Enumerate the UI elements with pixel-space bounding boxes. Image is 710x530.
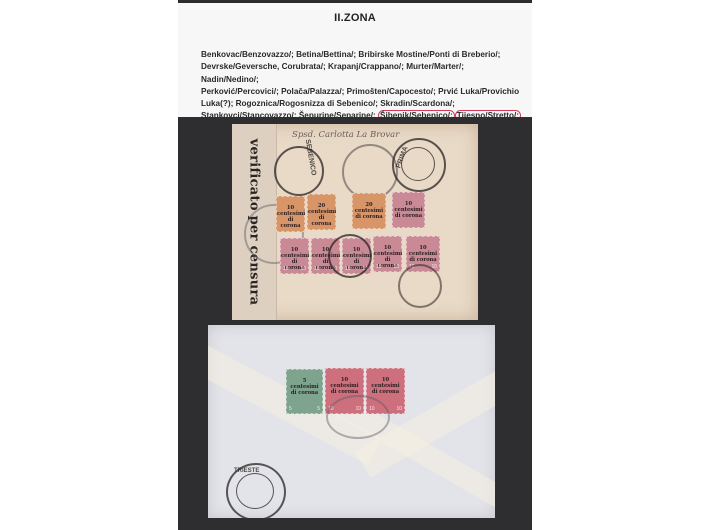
- dark-mount-panel: verificato per censura Spsd. Carlotta La…: [178, 117, 532, 530]
- postmark-zara: [342, 144, 398, 200]
- stamp-5c: 5centesimidi corona 55: [286, 369, 323, 414]
- censored-cover: verificato per censura Spsd. Carlotta La…: [232, 124, 478, 320]
- places-line: Luka(?); Rogoznica/Rogosnizza di Sebenic…: [201, 98, 521, 110]
- page-top-border: [178, 0, 532, 3]
- postmark-text: TRIESTE: [234, 468, 259, 474]
- places-line: Perković/Percovici/; Polača/Palazza/; Pr…: [201, 86, 521, 98]
- stamp: 10centesimidi corona 1010: [280, 238, 309, 274]
- stamp: 10centesimidi corona: [392, 192, 425, 228]
- postmark-trieste-inner: [236, 473, 274, 509]
- reverse-cover: 5centesimidi corona 55 10centesimidi cor…: [208, 325, 495, 518]
- page-title: II.ZONA: [178, 12, 532, 24]
- postmark-on-stamps: [398, 264, 442, 308]
- stamp: 20centesimidi corona: [307, 194, 336, 230]
- postmark-faint: [326, 395, 390, 439]
- stamp: 20centesimidi corona: [352, 193, 386, 229]
- postmark-on-stamps: [328, 234, 372, 278]
- places-line: Benkovac/Benzovazzo/; Betina/Bettina/; B…: [201, 49, 521, 61]
- places-line: Devrske/Geversche, Corubrata/; Krapanj/C…: [201, 61, 521, 86]
- stamp: 10centesimidi corona: [276, 196, 305, 232]
- stamp: 10centesimidi corona 1010: [373, 236, 402, 272]
- album-page: II.ZONA Benkovac/Benzovazzo/; Betina/Bet…: [178, 0, 532, 530]
- postmark-sebenico: [274, 146, 324, 196]
